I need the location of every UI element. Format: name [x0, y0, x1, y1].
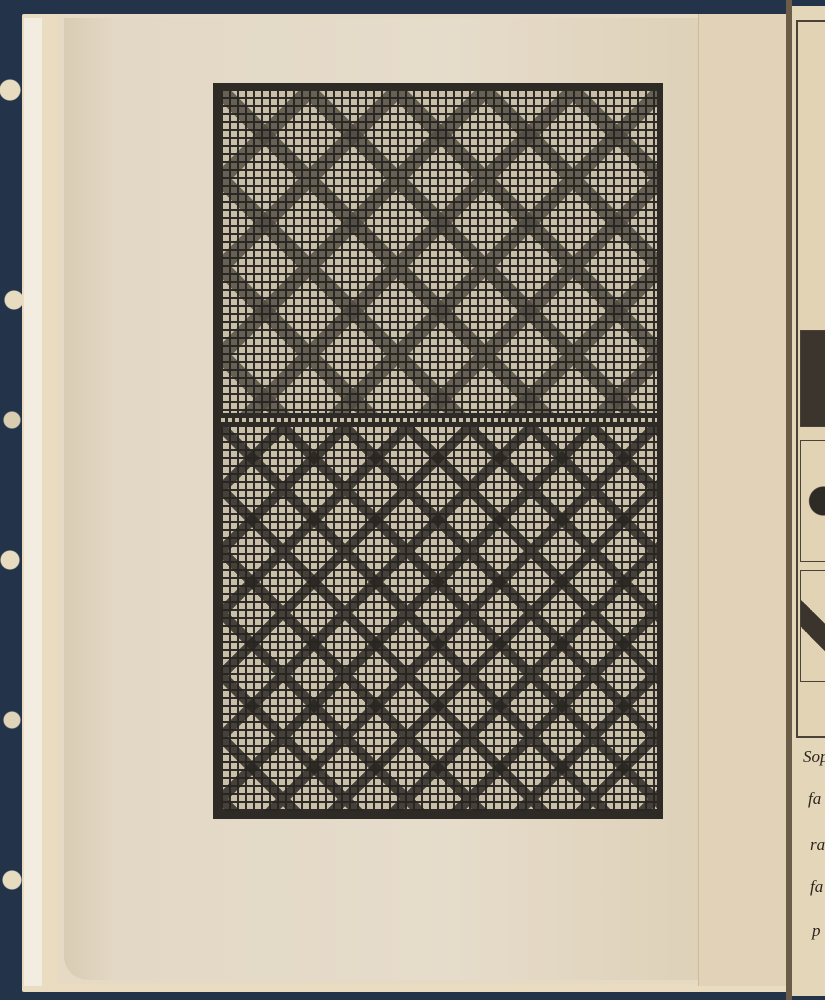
diamond-ornament-block	[800, 570, 825, 682]
text-fragment: ra	[810, 836, 825, 853]
left-page-margin	[698, 14, 787, 986]
text-fragment: fa	[810, 878, 823, 895]
page-edge	[24, 18, 42, 986]
text-fragment: fa	[808, 790, 821, 807]
lace-pattern-woodcut	[213, 83, 663, 819]
lace-panel-top	[221, 91, 657, 413]
text-fragment: p	[812, 922, 821, 939]
ring-ornament-block	[800, 440, 825, 562]
panel-divider	[221, 413, 657, 427]
flower-ornament-block	[800, 330, 825, 427]
text-fragment: Sopra	[803, 748, 825, 765]
lace-panel-bottom	[221, 427, 657, 811]
